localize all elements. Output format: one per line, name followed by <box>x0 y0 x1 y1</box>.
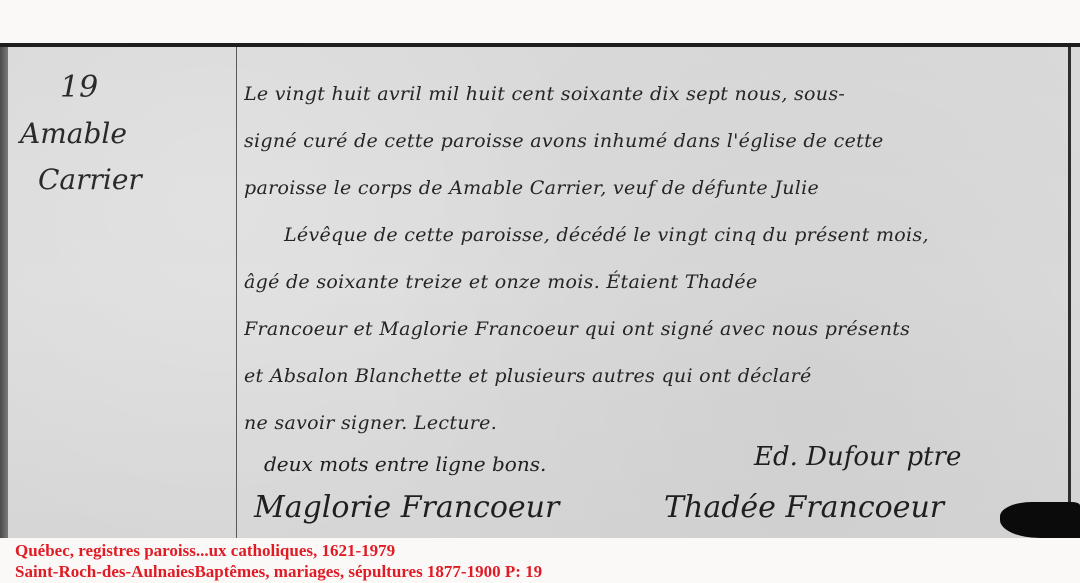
top-margin-band <box>0 0 1080 43</box>
margin-entry: 19 Amable Carrier <box>20 65 220 203</box>
record-line: âgé de soixante treize et onze mois. Éta… <box>244 259 1059 306</box>
record-line: Lévêque de cette paroisse, décédé le vin… <box>244 212 1059 259</box>
record-line: et Absalon Blanchette et plusieurs autre… <box>244 353 1059 400</box>
record-line: Le vingt huit avril mil huit cent soixan… <box>244 71 1059 118</box>
caption-register: Saint-Roch-des-AulnaiesBaptêmes, mariage… <box>15 561 542 582</box>
witness-signature-2: Thadée Francoeur <box>664 490 944 525</box>
margin-column-rule <box>236 47 237 538</box>
burial-record-text: Le vingt huit avril mil huit cent soixan… <box>244 71 1059 447</box>
correction-note: deux mots entre ligne bons. <box>264 452 546 476</box>
register-scan-image: 19 Amable Carrier Le vingt huit avril mi… <box>0 43 1080 538</box>
right-column-rule <box>1068 47 1071 538</box>
entry-last-name: Carrier <box>20 157 220 203</box>
record-line: signé curé de cette paroisse avons inhum… <box>244 118 1059 165</box>
page-binding-edge <box>0 47 8 538</box>
caption-collection: Québec, registres paroiss...ux catholiqu… <box>15 540 542 561</box>
record-line: paroisse le corps de Amable Carrier, veu… <box>244 165 1059 212</box>
record-line: ne savoir signer. Lecture. <box>244 400 1059 447</box>
ink-blot <box>1000 502 1080 538</box>
record-line: Francoeur et Maglorie Francoeur qui ont … <box>244 306 1059 353</box>
witness-signature-1: Maglorie Francoeur <box>254 490 559 525</box>
source-caption: Québec, registres paroiss...ux catholiqu… <box>15 540 542 582</box>
entry-number: 19 <box>20 65 220 111</box>
priest-signature: Ed. Dufour ptre <box>754 442 961 472</box>
signature-block: deux mots entre ligne bons. Ed. Dufour p… <box>244 442 1064 538</box>
entry-first-name: Amable <box>20 111 220 157</box>
